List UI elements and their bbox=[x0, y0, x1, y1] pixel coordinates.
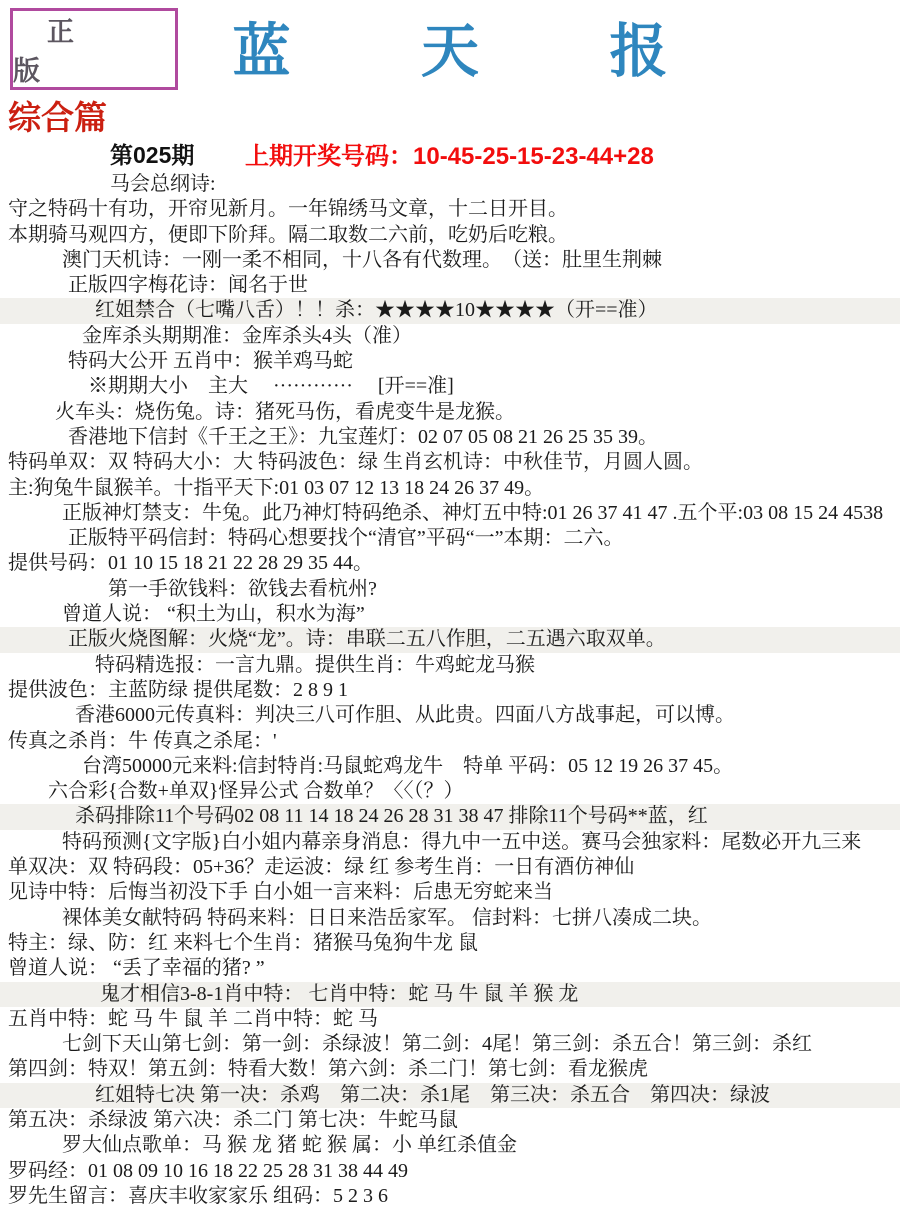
text-line: 特码大公开 五肖中：猴羊鸡马蛇 bbox=[0, 349, 900, 374]
text-line: 罗码经：01 08 09 10 16 18 22 25 28 31 38 44 … bbox=[0, 1159, 900, 1184]
body-lines: 马会总纲诗:守之特码十有功，开帘见新月。一年锦绣马文章，十二日开目。本期骑马观四… bbox=[0, 172, 900, 1209]
text-line: 红姐禁合（七嘴八舌）！！杀：★★★★10★★★★（开==准） bbox=[0, 298, 900, 323]
text-line: 香港6000元传真料：判决三八可作胆、从此贵。四面八方战事起，可以博。 bbox=[0, 703, 900, 728]
text-line: 五肖中特：蛇 马 牛 鼠 羊 二肖中特：蛇 马 bbox=[0, 1007, 900, 1032]
newspaper-page: 正 版 蓝 天 报 综合篇 第025期 上期开奖号码：10-45-25-15-2… bbox=[0, 0, 900, 1230]
text-line: 提供波色：主蓝防绿 提供尾数：2 8 9 1 bbox=[0, 678, 900, 703]
text-line: 曾道人说： “丢了幸福的猪? ” bbox=[0, 956, 900, 981]
text-line: 金库杀头期期准：金库杀头4头（准） bbox=[0, 324, 900, 349]
text-line: 马会总纲诗: bbox=[0, 172, 900, 197]
text-line: 守之特码十有功，开帘见新月。一年锦绣马文章，十二日开目。 bbox=[0, 197, 900, 222]
text-line: 罗大仙点歌单：马 猴 龙 猪 蛇 猴 属：小 单红杀值金 bbox=[0, 1133, 900, 1158]
page-title: 蓝 天 报 bbox=[0, 6, 900, 98]
text-line: 六合彩{合数+单双}怪异公式 合数单？〈〈（？） bbox=[0, 779, 900, 804]
text-line: 主:狗兔牛鼠猴羊。十指平天下:01 03 07 12 13 18 24 26 3… bbox=[0, 476, 900, 501]
text-line: 七剑下天山第七剑：第一剑：杀绿波！第二剑：4尾！第三剑：杀五合！第三剑：杀红 bbox=[0, 1032, 900, 1057]
text-line: 特码精选报：一言九鼎。提供生肖：牛鸡蛇龙马猴 bbox=[0, 653, 900, 678]
text-line: 第一手欲钱料：欲钱去看杭州? bbox=[0, 577, 900, 602]
text-line: 正版特平码信封：特码心想要找个“清官”平码“一”本期：二六。 bbox=[0, 526, 900, 551]
text-line: ※期期大小 主大 ············ [开==准] bbox=[0, 374, 900, 399]
text-line: 澳门天机诗：一刚一柔不相同，十八各有代数理。 （送：肚里生荆棘 bbox=[0, 248, 900, 273]
text-line: 火车头：烧伤兔。诗：猪死马伤，看虎变牛是龙猴。 bbox=[0, 400, 900, 425]
text-line: 罗先生留言：喜庆丰收家家乐 组码：5 2 3 6 bbox=[0, 1184, 900, 1209]
text-line: 裸体美女献特码 特码来料：日日来浩岳家军。 信封料：七拼八凑成二块。 bbox=[0, 906, 900, 931]
text-line: 特主：绿、防：红 来料七个生肖：猪猴马兔狗牛龙 鼠 bbox=[0, 931, 900, 956]
text-line: 本期骑马观四方，便即下阶拜。隔二取数二六前，吃奶后吃粮。 bbox=[0, 223, 900, 248]
text-line: 单双决：双 特码段：05+36？走运波：绿 红 参考生肖：一日有酒仿神仙 bbox=[0, 855, 900, 880]
text-line: 见诗中特：后悔当初没下手 白小姐一言来料：后患无穷蛇来当 bbox=[0, 880, 900, 905]
last-draw-numbers: 上期开奖号码：10-45-25-15-23-44+28 bbox=[245, 136, 654, 171]
text-line: 传真之杀肖：牛 传真之杀尾：' bbox=[0, 729, 900, 754]
section-title: 综合篇 bbox=[8, 92, 107, 139]
text-line: 香港地下信封《千王之王》：九宝莲灯：02 07 05 08 21 26 25 3… bbox=[0, 425, 900, 450]
text-line: 正版神灯禁支：牛兔。此乃神灯特码绝杀、神灯五中特:01 26 37 41 47 … bbox=[0, 501, 900, 526]
text-line: 提供号码：01 10 15 18 21 22 28 29 35 44。 bbox=[0, 551, 900, 576]
text-line: 正版火烧图解：火烧“龙”。诗：串联二五八作胆，二五遇六取双单。 bbox=[0, 627, 900, 652]
text-line: 第五决：杀绿波 第六决：杀二门 第七决：牛蛇马鼠 bbox=[0, 1108, 900, 1133]
text-line: 台湾50000元来料:信封特肖:马鼠蛇鸡龙牛 特单 平码：05 12 19 26… bbox=[0, 754, 900, 779]
text-line: 特码预测{文字版}白小姐内幕亲身消息：得九中一五中送。赛马会独家料：尾数必开九三… bbox=[0, 830, 900, 855]
text-line: 第四剑：特双！第五剑：特看大数！第六剑：杀二门！第七剑：看龙猴虎 bbox=[0, 1057, 900, 1082]
issue-number: 第025期 bbox=[110, 137, 194, 170]
text-line: 正版四字梅花诗：闻名于世 bbox=[0, 273, 900, 298]
text-line: 红姐特七决 第一决：杀鸡 第二决：杀1尾 第三决：杀五合 第四决：绿波 bbox=[0, 1083, 900, 1108]
text-line: 特码单双：双 特码大小：大 特码波色：绿 生肖玄机诗：中秋佳节，月圆人圆。 bbox=[0, 450, 900, 475]
text-line: 曾道人说： “积土为山，积水为海” bbox=[0, 602, 900, 627]
text-line: 杀码排除11个号码02 08 11 14 18 24 26 28 31 38 4… bbox=[0, 804, 900, 829]
text-line: 鬼才相信3-8-1肖中特： 七肖中特：蛇 马 牛 鼠 羊 猴 龙 bbox=[0, 982, 900, 1007]
